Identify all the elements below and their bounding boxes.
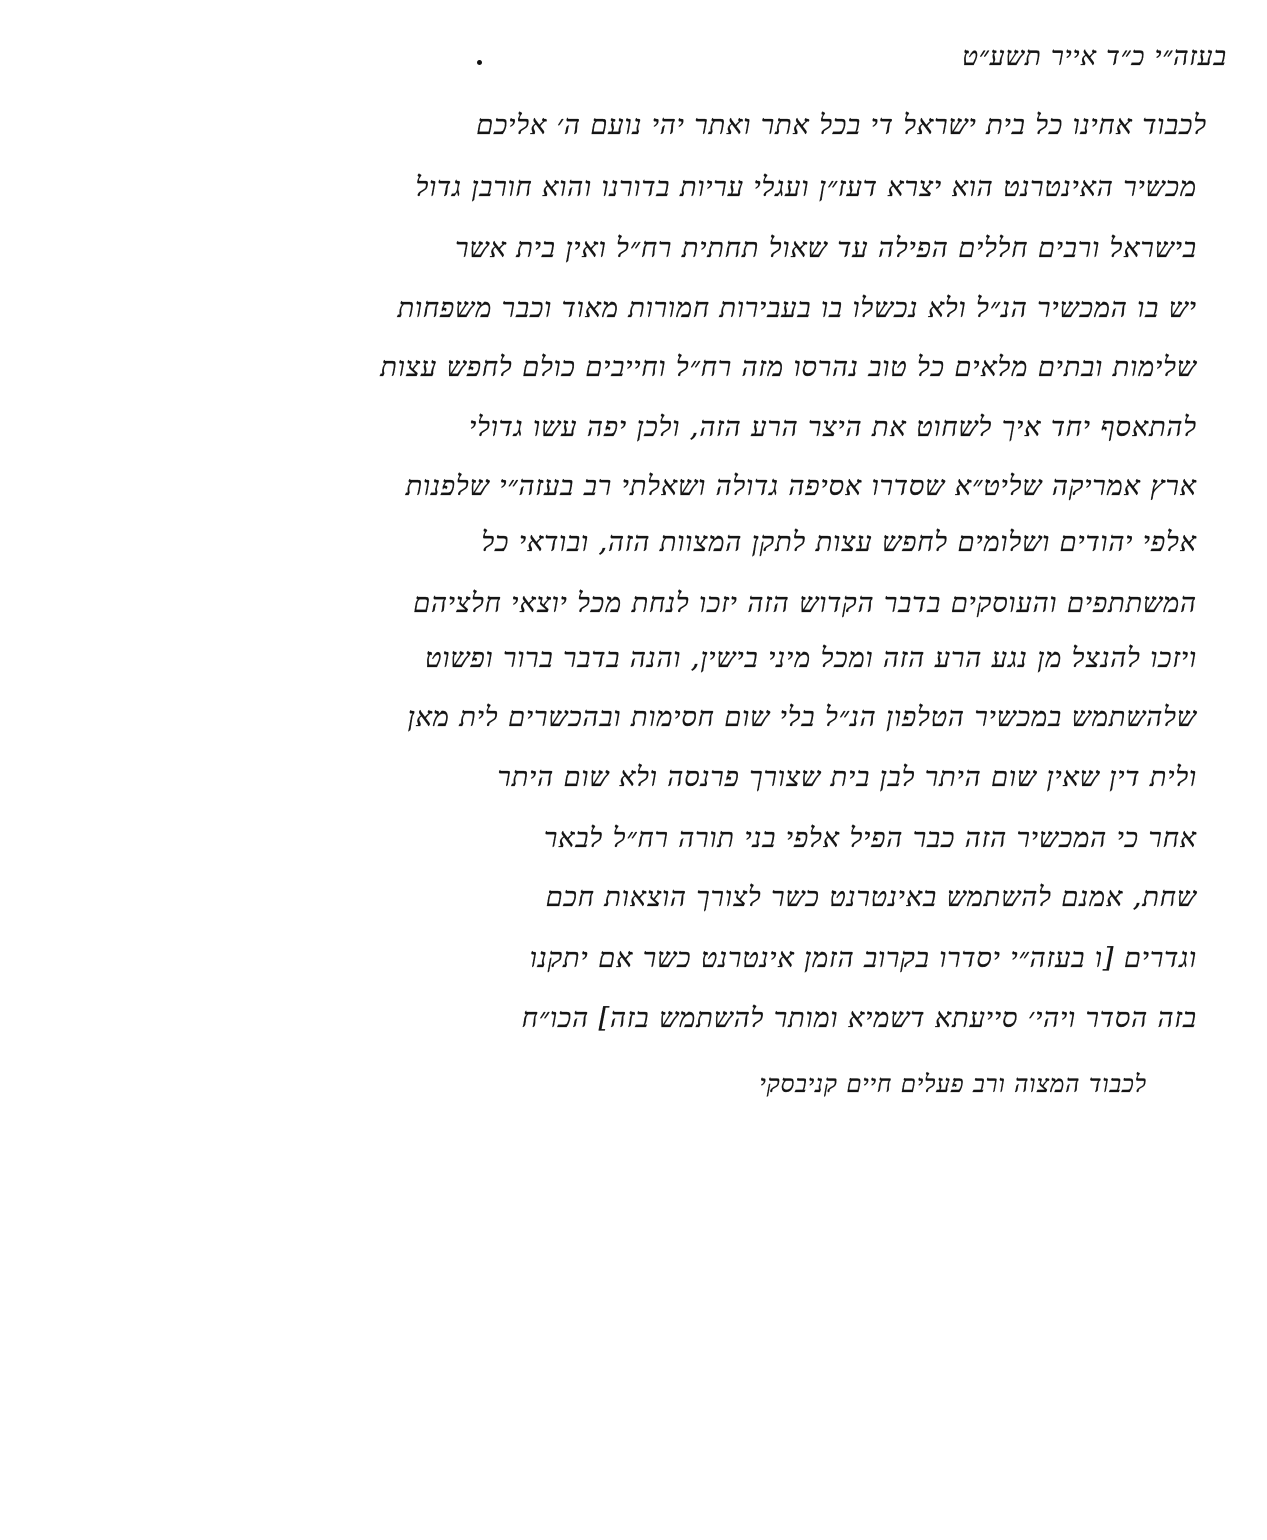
ink-speck <box>477 60 482 65</box>
body-line: שלימות ובתים מלאים כל טוב נהרסו מזה רח״ל… <box>67 352 1197 383</box>
body-line: להתאסף יחד איך לשחוט את היצר הרע הזה, ול… <box>67 412 1197 443</box>
body-line: בישראל ורבים חללים הפילה עד שאול תחתית ר… <box>67 233 1197 264</box>
letter-header-date: בעזה״י כ״ד אייר תשע״ט <box>962 42 1227 72</box>
body-line: וגדרים [ו בעזה״י יסדרו בקרוב הזמן אינטרנ… <box>67 943 1197 974</box>
body-line: אלפי יהודים ושלומים לחפש עצות לתקן המצוו… <box>67 527 1197 558</box>
body-line: יש בו המכשיר הנ״ל ולא נכשלו בו בעבירות ח… <box>67 293 1197 324</box>
letter-signature: לכבוד המצוה ורב פעלים חיים קניבסקי <box>760 1070 1147 1099</box>
letter-page: בעזה״י כ״ד אייר תשע״ט לכבוד אחינו כל בית… <box>0 0 1267 1540</box>
body-line: ארץ אמריקה שליט״א שסדרו אסיפה גדולה ושאל… <box>67 471 1197 502</box>
letter-greeting: לכבוד אחינו כל בית ישראל די בכל אתר ואתר… <box>207 110 1207 141</box>
body-line: שחת, אמנם להשתמש באינטרנט כשר לצורך הוצא… <box>67 882 1197 913</box>
body-line: בזה הסדר ויהי׳ סייעתא דשמיא ומותר להשתמש… <box>67 1003 1197 1034</box>
body-line: אחר כי המכשיר הזה כבר הפיל אלפי בני תורה… <box>67 823 1197 854</box>
body-line: ויזכו להנצל מן נגע הרע הזה ומכל מיני ביש… <box>67 643 1197 674</box>
body-line: שלהשתמש במכשיר הטלפון הנ״ל בלי שום חסימו… <box>67 702 1197 733</box>
body-line: ולית דין שאין שום היתר לבן בית שצורך פרנ… <box>67 762 1197 793</box>
body-line: מכשיר האינטרנט הוא יצרא דעז״ן ועגלי עריו… <box>67 172 1197 203</box>
body-line: המשתתפים והעוסקים בדבר הקדוש הזה יזכו לנ… <box>67 588 1197 619</box>
